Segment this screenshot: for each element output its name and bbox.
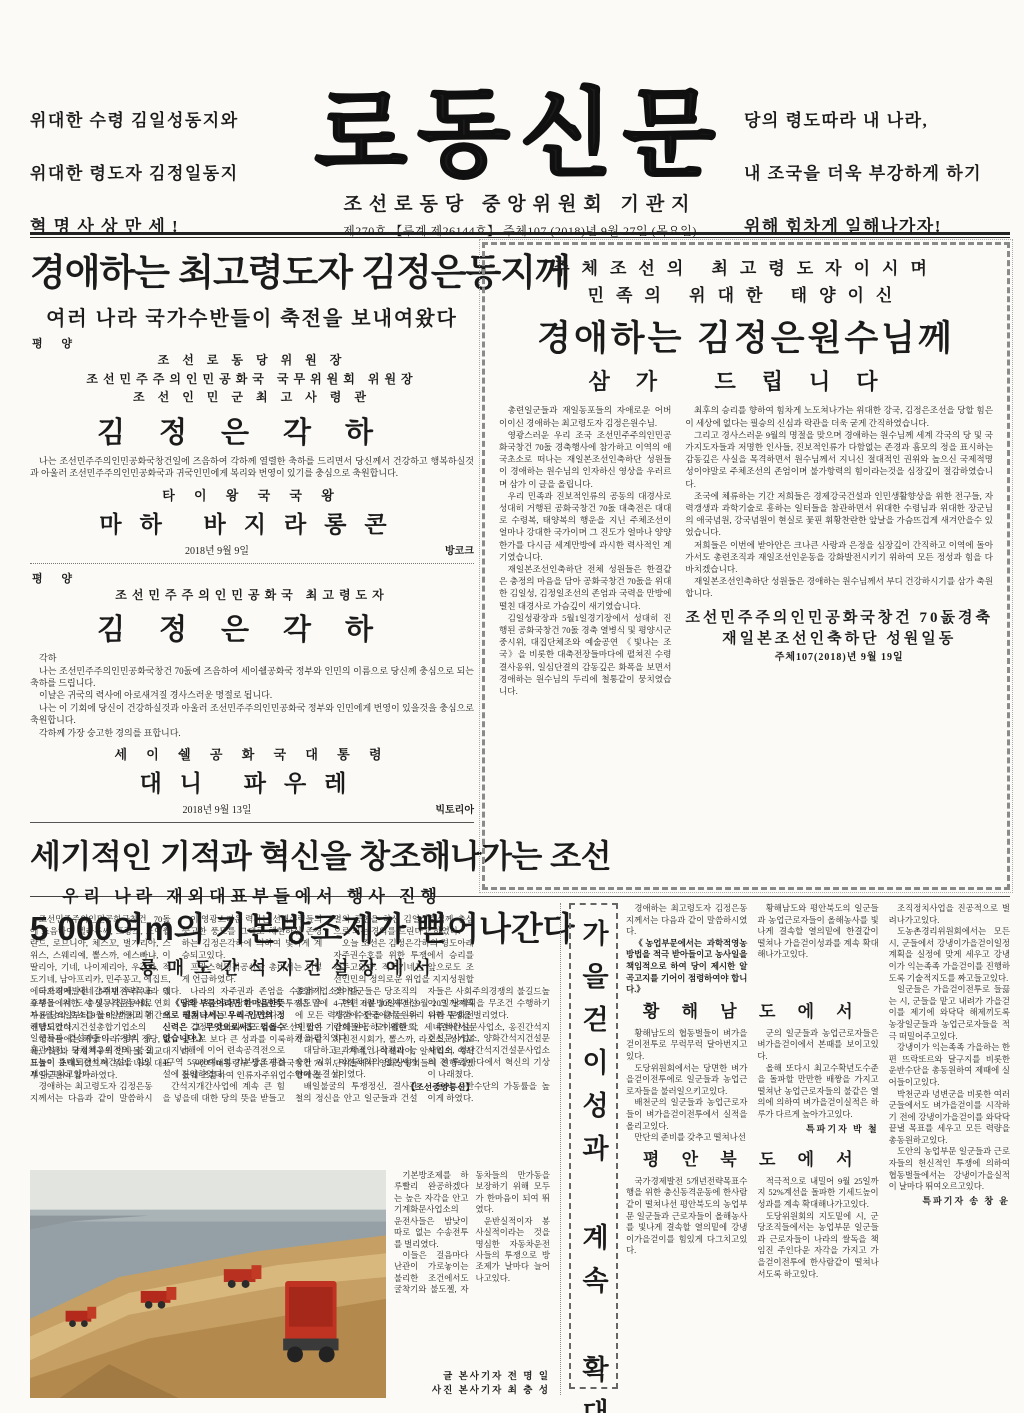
letter1-date: 2018년 9월 9일 bbox=[30, 542, 404, 557]
signature-date: 주체107(2018)년 9월 19일 bbox=[685, 651, 993, 666]
main-section: 경애하는 최고령도자 김정은동지께 여러 나라 국가수반들이 축전을 보내여왔다… bbox=[30, 242, 1010, 890]
paragraph: 이날은 귀국의 력사에 아로새겨질 경사스러운 명절로 됩니다. bbox=[30, 689, 474, 701]
dike-headline: 5 000여m의 기본방조제가 뻗어나간다 bbox=[30, 903, 550, 950]
harvest-vertical-headline: 가을걷이성과 계속 확대 bbox=[569, 903, 618, 1389]
newspaper-title: 로동신문 bbox=[312, 88, 728, 179]
dateline-pyongyang: 평 양 bbox=[32, 335, 474, 351]
issue-line: 제270호 【루계 제26144호】 주체107 (2018)년 9월 27일 … bbox=[312, 222, 728, 239]
letter2-place: 빅토리아 bbox=[404, 801, 474, 816]
paragraph: 기본방조제를 하루빨리 완공하겠다는 높은 자각을 안고 기계화문사업소의 운전… bbox=[394, 1170, 469, 1250]
paragraph: 나는 조선민주주의인민공화국창건 70돐에 즈음하여 세이쉘공화국 정부와 인민… bbox=[30, 665, 474, 690]
paragraph: 올해 또다시 최고수확년도수준을 돌파할 만만한 배짱을 가지고 떨쳐난 농업근… bbox=[757, 1063, 878, 1121]
tribute-col-1: 총련일군들과 재일동포들의 자애로운 어버이이신 경애하는 최고령도자 김정은원… bbox=[499, 404, 671, 879]
tribute-subhead: 삼가 드립니다 bbox=[499, 365, 993, 396]
harvest-article: 가을걷이성과 계속 확대 경애하는 최고령도자 김정은동지께서는 다음과 같이 … bbox=[560, 903, 1010, 1395]
sender2-title: 세 이 쉘 공 화 국 대 통 령 bbox=[30, 744, 474, 763]
signature-line: 조선민주주의인민공화국창건 70돐경축 bbox=[685, 608, 993, 630]
paragraph: 도농촌경리위원회에서는 모든 시, 군들에서 강냉이가을걷이일정계획을 실정에 … bbox=[889, 926, 1010, 984]
title-line: 조선민주주의인민공화국 국무위원회 위원장 bbox=[30, 370, 474, 389]
slogan-line: 위해 힘차게 일해나가자! bbox=[744, 212, 1010, 237]
tribute-letter-box: 주체조선의 최고령도자이시며 민족의 위대한 태양이신 경애하는 김정은원수님께… bbox=[482, 242, 1010, 890]
tribute-headline: 경애하는 김정은원수님께 bbox=[499, 311, 993, 361]
paragraph: 박천군과 녕변군을 비롯한 여러 군들에서도 벼가을걷이를 시작하기 전에 강냉… bbox=[889, 1089, 1010, 1147]
newspaper-page: 위대한 수령 김일성동지와 위대한 령도자 김정일동지 혁 명 사 상 만 세 … bbox=[0, 0, 1024, 1413]
letter-divider bbox=[30, 563, 474, 564]
letter1-place: 방코크 bbox=[404, 542, 474, 557]
tribute-signature: 조선민주주의인민공화국창건 70돐경축 재일본조선인축하단 성원일동 주체107… bbox=[685, 608, 993, 666]
letter1-body: 나는 조선민주주의인민공화국창건일에 즈음하여 각하께 열렬한 축하를 드리면서… bbox=[30, 455, 474, 480]
section-title-pyonganbuk: 평 안 북 도 에 서 bbox=[626, 1149, 879, 1171]
paragraph: 도당위원회의 지도밑에 시, 군당조직들에서는 농업부문 일군들과 근로자들이 … bbox=[757, 1211, 878, 1281]
dike-subhead: 룡매도간석지건설장에서 bbox=[30, 954, 550, 980]
pyonganbuk-col-1: 국가경제발전 5개년전략목표수행을 위한 충신동격운동에 한사람같이 떨쳐나선 … bbox=[626, 1176, 747, 1393]
tribute-body: 총련일군들과 재일동포들의 자애로운 어버이이신 경애하는 최고령도자 김정은원… bbox=[499, 404, 993, 879]
harvest-body: 경애하는 최고령도자 김정은동지께서는 다음과 같이 말씀하시였다. 《농업부문… bbox=[626, 903, 1010, 1393]
harvest-intro-cont: 황해남도와 평안북도의 일군들과 농업근로자들이 올해농사를 빛나게 결속할 열… bbox=[757, 903, 878, 996]
sender2-name: 대니 파우레 bbox=[30, 765, 474, 798]
events-headline: 세기적인 기적과 혁신을 창조해나가는 조선 bbox=[30, 831, 474, 877]
paragraph: 주택건설문사업소, 옹진간석지건설문사업소, 양화간석지건설문사업소, 청단간석… bbox=[428, 1022, 551, 1081]
sender-titles: 조 선 로 동 당 위 원 장 조선민주주의인민공화국 국무위원회 위원장 조 … bbox=[30, 351, 474, 407]
organ-line: 조선로동당 중앙위원회 기관지 bbox=[312, 189, 728, 216]
byline-credits: 글 본사기자 전 명 일 사진 본사기자 최 충 성 bbox=[394, 1370, 550, 1398]
dike-side-column: 기본방조제를 하루빨리 완공하겠다는 높은 자각을 안고 기계화문사업소의 운전… bbox=[394, 1170, 550, 1398]
paragraph: 영광스러운 우리 조국 조선민주주의인민공화국창건 70돐 경축행사에 참가하고… bbox=[499, 429, 671, 490]
kicker-line: 주체조선의 최고령도자이시며 bbox=[499, 255, 993, 282]
paragraph: 일군들은 가을걷이전투로 들끓는 시, 군들을 맡고 내려가 가을걷이를 제기에… bbox=[889, 984, 1010, 1042]
paragraph: 총련일군들과 재일동포들의 자애로운 어버이이신 경애하는 최고령도자 김정은원… bbox=[499, 404, 671, 428]
paragraph: 들어 운반수단의 가동률을 높이게 하였다. bbox=[428, 1081, 551, 1105]
pyonganbuk-col-2: 적극적으로 내밀어 9월 25일까지 52%계선을 돌파한 기세드높이 성과를 … bbox=[757, 1176, 878, 1393]
left-slogan: 위대한 수령 김일성동지와 위대한 령도자 김정일동지 혁 명 사 상 만 세 … bbox=[30, 88, 312, 265]
letter2-dateline: 2018년 9월 13일 빅토리아 bbox=[30, 801, 474, 816]
letter-kicker: 주체조선의 최고령도자이시며 민족의 위대한 태양이신 bbox=[499, 255, 993, 309]
sender1-name: 마하 바지라롱콘 bbox=[30, 506, 474, 539]
paragraph: 조국에 체류하는 기간 저희들은 경제강국건설과 인민생활향상을 위한 전구들,… bbox=[685, 490, 993, 539]
hwanghae-col-1: 황해남도의 협동벌들이 벼가을걷이전투로 무럭무럭 달아번지고있다. 도당위원회… bbox=[626, 1028, 747, 1144]
paragraph: 재일본조선인축하단 성원들은 경애하는 원수님께서 부디 건강하시기를 삼가 축… bbox=[685, 575, 993, 599]
slogan-line: 위대한 령도자 김정일동지 bbox=[30, 159, 312, 184]
dike-body: 국가경제발전 5개년전략목표수행을 위한 충신동격운동에로 부른 당의 호소를 … bbox=[30, 986, 550, 1164]
paragraph: 조직정치사업을 진공적으로 벌려나가고있다. bbox=[889, 903, 1010, 926]
paragraph: 운반실적이자 봉사실적이라는 것을 명심한 자동차운전사들의 투쟁으로 방조제가… bbox=[476, 1216, 551, 1285]
sender1-title: 타 이 왕 국 국 왕 bbox=[30, 485, 474, 504]
harvest-intro: 경애하는 최고령도자 김정은동지께서는 다음과 같이 말씀하시였다. 《농업부문… bbox=[626, 903, 747, 996]
paragraph: 나는 조선민주주의인민공화국창건일에 즈음하여 각하께 열렬한 축하를 드리면서… bbox=[30, 455, 474, 480]
paragraph: 만단의 준비를 갖추고 떨쳐나선 bbox=[626, 1132, 747, 1144]
signature-line: 재일본조선인축하단 성원일동 bbox=[685, 629, 993, 651]
dike-photo bbox=[30, 1170, 386, 1398]
right-slogan: 당의 령도따라 내 나라, 내 조국을 더욱 부강하게 하기 위해 힘차게 일해… bbox=[728, 88, 1010, 265]
paragraph: 배천군의 일군들과 농업근로자들이 벼가을걷이전투에서 실적을 올리고있다. bbox=[626, 1097, 747, 1132]
writer-credit: 글 본사기자 전 명 일 bbox=[394, 1370, 550, 1384]
paragraph: 황해남도와 평안북도의 일군들과 농업근로자들이 올해농사를 빛나게 결속할 열… bbox=[757, 903, 878, 961]
harvest-right-column: 조직정치사업을 진공적으로 벌려나가고있다. 도농촌경리위원회에서는 모든 시,… bbox=[889, 903, 1010, 1393]
paragraph: 저희들은 이번에 받아안은 크나큰 사랑과 은정을 심장깊이 간직하고 이역에 … bbox=[685, 539, 993, 576]
paragraph: 재일본조선인축하단 전체 성원들은 한결같은 충정의 마음을 담아 공화국창건 … bbox=[499, 563, 671, 612]
photo-credit: 사진 본사기자 최 충 성 bbox=[394, 1384, 550, 1398]
title-line: 조 선 로 동 당 위 원 장 bbox=[30, 351, 474, 370]
letter1-dateline: 2018년 9월 9일 방코크 bbox=[30, 542, 474, 557]
dike-article: 5 000여m의 기본방조제가 뻗어나간다 룡매도간석지건설장에서 국가경제발전… bbox=[30, 903, 560, 1395]
paragraph: 우리 민족과 진보적인류의 공동의 대경사로 성대히 거행된 공화국창건 70돐… bbox=[499, 490, 671, 563]
paragraph: 군의 일군들과 농업근로자들은 벼가을걷이에서 본때를 보이고있다. bbox=[757, 1028, 878, 1063]
leader-quote: 《당의 부름이라면 한마음한뜻으로 떨쳐나서는 우리 인민의 정신력은 그 무엇… bbox=[163, 998, 286, 1045]
hwanghae-col-2: 군의 일군들과 농업근로자들은 벼가을걷이에서 본때를 보이고있다. 올해 또다… bbox=[757, 1028, 878, 1144]
paragraph: 그리고 경사스러운 9월의 명절을 맞으며 경애하는 원수님께 세계 각국의 당… bbox=[685, 429, 993, 490]
tribute-col-2: 최후의 승리를 향하여 힘차게 노도쳐나가는 위대한 강국, 김정은조선을 당할… bbox=[685, 404, 993, 879]
paragraph: 강냉이가 익는족족 가을하는 한편 뜨락또르와 달구지를 비롯한 운반수단을 총… bbox=[889, 1042, 1010, 1088]
title-line: 조선민주주의인민공화국 최고령도자 bbox=[30, 586, 474, 605]
leader-quote: 《농업부문에서는 과학적영농방법을 적극 받아들이고 농사일을 책임적으로 하여… bbox=[626, 938, 747, 996]
paragraph: 김일성광장과 5월1일경기장에서 성대히 진행된 공화국창건 70돐 경축 열병… bbox=[499, 612, 671, 697]
congrats-subhead: 여러 나라 국가수반들이 축전을 보내여왔다 bbox=[30, 302, 474, 331]
masthead-center: 로동신문 조선로동당 중앙위원회 기관지 제270호 【루계 제26144호】 … bbox=[312, 88, 728, 239]
paragraph: 도안의 농업부문 일군들과 근로자들의 헌신적인 투쟁에 의하여 협동벌들에서는… bbox=[889, 1146, 1010, 1192]
dateline-pyongyang: 평 양 bbox=[32, 570, 474, 586]
paragraph: 나는 이 기회에 당신이 건강하실것과 아울러 조선민주주의인민공화국 정부와 … bbox=[30, 702, 474, 727]
dike-side-body: 기본방조제를 하루빨리 완공하겠다는 높은 자각을 안고 기계화문사업소의 운전… bbox=[394, 1170, 550, 1366]
kicker-line: 민족의 위대한 태양이신 bbox=[499, 282, 993, 309]
congrats-headline: 경애하는 최고령도자 김정은동지께 bbox=[30, 242, 474, 296]
masthead: 위대한 수령 김일성동지와 위대한 령도자 김정일동지 혁 명 사 상 만 세 … bbox=[30, 0, 1010, 232]
dump-truck-rear bbox=[283, 1281, 338, 1362]
paragraph: 각하 bbox=[30, 652, 474, 664]
slogan-line: 혁 명 사 상 만 세 ! bbox=[30, 212, 312, 237]
right-column: 주체조선의 최고령도자이시며 민족의 위대한 태양이신 경애하는 김정은원수님께… bbox=[482, 242, 1010, 890]
slogan-line: 당의 령도따라 내 나라, bbox=[744, 106, 1010, 131]
dike-bottom: 기본방조제를 하루빨리 완공하겠다는 높은 자각을 안고 기계화문사업소의 운전… bbox=[30, 1170, 550, 1398]
paragraph: 각하께 가장 숭고한 경의를 표합니다. bbox=[30, 727, 474, 739]
paragraph: 도당위원회에서는 당면한 벼가을걷이전투에로 일군들과 농업근로자들을 불러일으… bbox=[626, 1063, 747, 1098]
slogan-line: 위대한 수령 김일성동지와 bbox=[30, 106, 312, 131]
paragraph: 적극적으로 내밀어 9월 25일까지 52%계선을 돌파한 기세드높이 성과를 … bbox=[757, 1176, 878, 1211]
addressee-name: 김정은각하 bbox=[30, 607, 474, 648]
correspondent-credit: 특파기자 송 창 윤 bbox=[889, 1195, 1010, 1207]
paragraph: 최후의 승리를 향하여 힘차게 노도쳐나가는 위대한 강국, 김정은조선을 당할… bbox=[685, 404, 993, 428]
article-divider bbox=[30, 822, 474, 823]
left-column: 경애하는 최고령도자 김정은동지께 여러 나라 국가수반들이 축전을 보내여왔다… bbox=[30, 242, 482, 890]
title-line: 조 선 인 민 군 최 고 사 령 관 bbox=[30, 388, 474, 407]
paragraph: 대담하고 과학적인 작전과 능숙한 지휘, 이신작칙의 일본새가 안아온 결실이… bbox=[295, 1045, 418, 1081]
letter2-body: 각하 나는 조선민주주의인민공화국창건 70돐에 즈음하여 세이쉘공화국 정부와… bbox=[30, 652, 474, 739]
correspondent-credit: 특파기자 박 철 bbox=[757, 1123, 878, 1135]
paragraph: 국가경제발전 5개년전략목표수행을 위한 충신동격운동에 한사람같이 떨쳐나선 … bbox=[626, 1176, 747, 1257]
paragraph: 황해남도의 협동벌들이 벼가을걷이전투로 무럭무럭 달아번지고있다. bbox=[626, 1028, 747, 1063]
section-title-hwanghae: 황 해 남 도 에 서 bbox=[626, 1001, 879, 1023]
slogan-line: 내 조국을 더욱 부강하게 하기 bbox=[744, 159, 1010, 184]
dike-photo-graphic bbox=[30, 1170, 386, 1398]
paragraph: 지난해에 이어 련속공격전으로 4구역 5 000여m의 기본방조제건설에 진입… bbox=[163, 1045, 286, 1081]
addressee-name: 김정은각하 bbox=[30, 410, 474, 451]
paragraph: 경애하는 최고령도자 김정은동지께서는 다음과 같이 말씀하시였다. bbox=[626, 903, 747, 938]
letter2-date: 2018년 9월 13일 bbox=[30, 801, 404, 816]
bottom-section: 5 000여m의 기본방조제가 뻗어나간다 룡매도간석지건설장에서 국가경제발전… bbox=[30, 903, 1010, 1395]
paragraph: 국가경제발전 5개년전략목표수행을 위한 충신동격운동에로 부른 당의 호소를 … bbox=[30, 986, 153, 1081]
sender-titles: 조선민주주의인민공화국 최고령도자 bbox=[30, 586, 474, 605]
